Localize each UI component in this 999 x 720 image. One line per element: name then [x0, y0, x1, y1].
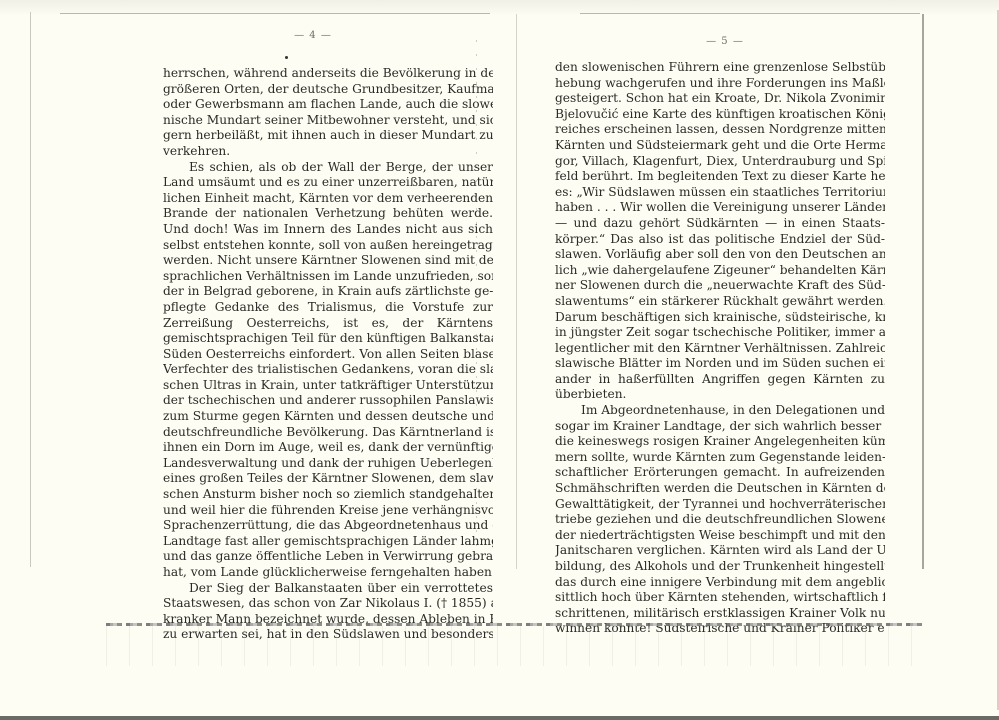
text-line: und weil hier die führenden Kreise jene …	[163, 503, 493, 519]
text-line: slawen. Vorläufig aber soll den von den …	[555, 247, 885, 263]
scan-top-rule	[580, 13, 920, 14]
scan-top-rule	[60, 13, 490, 14]
text-line: werden. Nicht unsere Kärntner Slowenen s…	[163, 253, 493, 269]
text-line: verkehren.	[163, 144, 493, 160]
text-line: Landtage fast aller gemischtsprachigen L…	[163, 534, 493, 550]
text-line: gemischtsprachigen Teil für den künftige…	[163, 331, 493, 347]
text-line: Darum beschäftigen sich krainische, süds…	[555, 310, 885, 326]
text-line: gor, Villach, Klagenfurt, Diex, Unterdra…	[555, 154, 885, 170]
text-line: der in Belgrad geborene, in Krain aufs z…	[163, 284, 493, 300]
text-line: Im Abgeordnetenhause, in den Delegatione…	[555, 403, 885, 419]
scan-bottom-edge	[0, 716, 999, 720]
text-line: eines großen Teiles der Kärntner Slowene…	[163, 471, 493, 487]
text-line: nische Mundart seiner Mitbewohner verste…	[163, 113, 493, 129]
text-line: reiches erscheinen lassen, dessen Nordgr…	[555, 122, 885, 138]
text-line: es: „Wir Südslawen müssen ein staatliche…	[555, 185, 885, 201]
text-line: — und dazu gehört Südkärnten — in einen …	[555, 216, 885, 232]
text-line: Der Sieg der Balkanstaaten über ein verr…	[163, 581, 493, 597]
text-line: gesteigert. Schon hat ein Kroate, Dr. Ni…	[555, 91, 885, 107]
text-line: Janitscharen verglichen. Kärnten wird al…	[555, 543, 885, 559]
page-border-right	[922, 14, 924, 569]
text-line: herrschen, während anderseits die Bevölk…	[163, 66, 493, 82]
text-line: in jüngster Zeit sogar tschechische Poli…	[555, 325, 885, 341]
left-page: — 4 — herrschen, während anderseits die …	[163, 30, 493, 643]
text-line: ner Slowenen durch die „neuerwachte Kraf…	[555, 278, 885, 294]
scan-bottom-smear	[106, 626, 923, 666]
text-line: den slowenischen Führern eine grenzenlos…	[555, 60, 885, 76]
text-line: Landesverwaltung und dank der ruhigen Ue…	[163, 456, 493, 472]
text-line: Brande der nationalen Verhetzung behüten…	[163, 206, 493, 222]
text-line: Und doch! Was im Innern des Landes nicht…	[163, 222, 493, 238]
text-line: sittlich hoch über Kärnten stehenden, wi…	[555, 590, 885, 606]
text-line: die keineswegs rosigen Krainer Angelegen…	[555, 434, 885, 450]
text-line: deutschfreundliche Bevölkerung. Das Kärn…	[163, 425, 493, 441]
text-line: Es schien, als ob der Wall der Berge, de…	[163, 160, 493, 176]
text-line: haben . . . Wir wollen die Vereinigung u…	[555, 200, 885, 216]
text-line: schrittenen, militärisch erstklassigen K…	[555, 606, 885, 622]
text-line: bildung, des Alkohols und der Trunkenhei…	[555, 559, 885, 575]
text-line: Sprachenzerrüttung, die das Abgeordneten…	[163, 518, 493, 534]
text-line: Süden Oesterreichs einfordert. Von allen…	[163, 347, 493, 363]
right-page: — 5 — den slowenischen Führern eine gren…	[555, 30, 885, 637]
text-line: Schmähschriften werden die Deutschen in …	[555, 481, 885, 497]
text-line: schaftlicher Erörterungen gemacht. In au…	[555, 465, 885, 481]
scan-top-edge	[0, 0, 999, 14]
text-line: pflegte Gedanke des Trialismus, die Vors…	[163, 300, 493, 316]
page-body-text: herrschen, während anderseits die Bevölk…	[163, 66, 493, 643]
text-line: slawische Blätter im Norden und im Süden…	[555, 356, 885, 372]
text-line: hebung wachgerufen und ihre Forderungen …	[555, 76, 885, 92]
page-body-text: den slowenischen Führern eine grenzenlos…	[555, 60, 885, 637]
text-line: Verfechter des trialistischen Gedankens,…	[163, 362, 493, 378]
page-number: — 5 —	[565, 36, 885, 50]
text-line: Land umsäumt und es zu einer unzerreißba…	[163, 175, 493, 191]
text-line: Staatswesen, das schon von Zar Nikolaus …	[163, 596, 493, 612]
text-line: lichen Einheit macht, Kärnten vor dem ve…	[163, 191, 493, 207]
text-line: überbieten.	[555, 387, 885, 403]
text-line: schen Ansturm bisher noch so ziemlich st…	[163, 487, 493, 503]
text-line: sogar im Krainer Landtage, der sich wahr…	[555, 419, 885, 435]
text-line: der niederträchtigsten Weise beschimpft …	[555, 528, 885, 544]
text-line: größeren Orten, der deutsche Grundbesitz…	[163, 82, 493, 98]
text-line: gern herbeiläßt, mit ihnen auch in diese…	[163, 128, 493, 144]
text-line: triebe geziehen und die deutschfreundlic…	[555, 512, 885, 528]
text-line: das durch eine innigere Verbindung mit d…	[555, 575, 885, 591]
text-line: körper.“ Das also ist das politische End…	[555, 232, 885, 248]
text-line: zum Sturme gegen Kärnten und dessen deut…	[163, 409, 493, 425]
text-line: hat, vom Lande glücklicherweise ferngeha…	[163, 565, 493, 581]
text-line: schen Ultras in Krain, unter tatkräftige…	[163, 378, 493, 394]
text-line: Gewalttätigkeit, der Tyrannei und hochve…	[555, 497, 885, 513]
page-border-left	[30, 12, 31, 567]
text-line: ihnen ein Dorn im Auge, weil es, dank de…	[163, 440, 493, 456]
text-line: selbst entstehen konnte, soll von außen …	[163, 238, 493, 254]
text-line: mern sollte, wurde Kärnten zum Gegenstan…	[555, 450, 885, 466]
text-line: legentlicher mit den Kärntner Verhältnis…	[555, 341, 885, 357]
text-line: Zerreißung Oesterreichs, ist es, der Kär…	[163, 316, 493, 332]
text-line: der tschechischen und anderer russophile…	[163, 393, 493, 409]
book-gutter	[516, 14, 517, 569]
page-number: — 4 —	[133, 30, 493, 44]
text-line: oder Gewerbsmann am flachen Lande, auch …	[163, 97, 493, 113]
text-line: Bjelovučić eine Karte des künftigen kroa…	[555, 107, 885, 123]
text-line: und das ganze öffentliche Leben in Verwi…	[163, 549, 493, 565]
text-line: Kärnten und Südsteiermark geht und die O…	[555, 138, 885, 154]
text-line: ander in haßerfüllten Angriffen gegen Kä…	[555, 372, 885, 388]
text-line: lich „wie dahergelaufene Zigeuner“ behan…	[555, 263, 885, 279]
text-line: feld berührt. Im begleitenden Text zu di…	[555, 169, 885, 185]
text-line: sprachlichen Verhältnissen im Lande unzu…	[163, 269, 493, 285]
text-line: slawentums“ ein stärkerer Rückhalt gewäh…	[555, 294, 885, 310]
